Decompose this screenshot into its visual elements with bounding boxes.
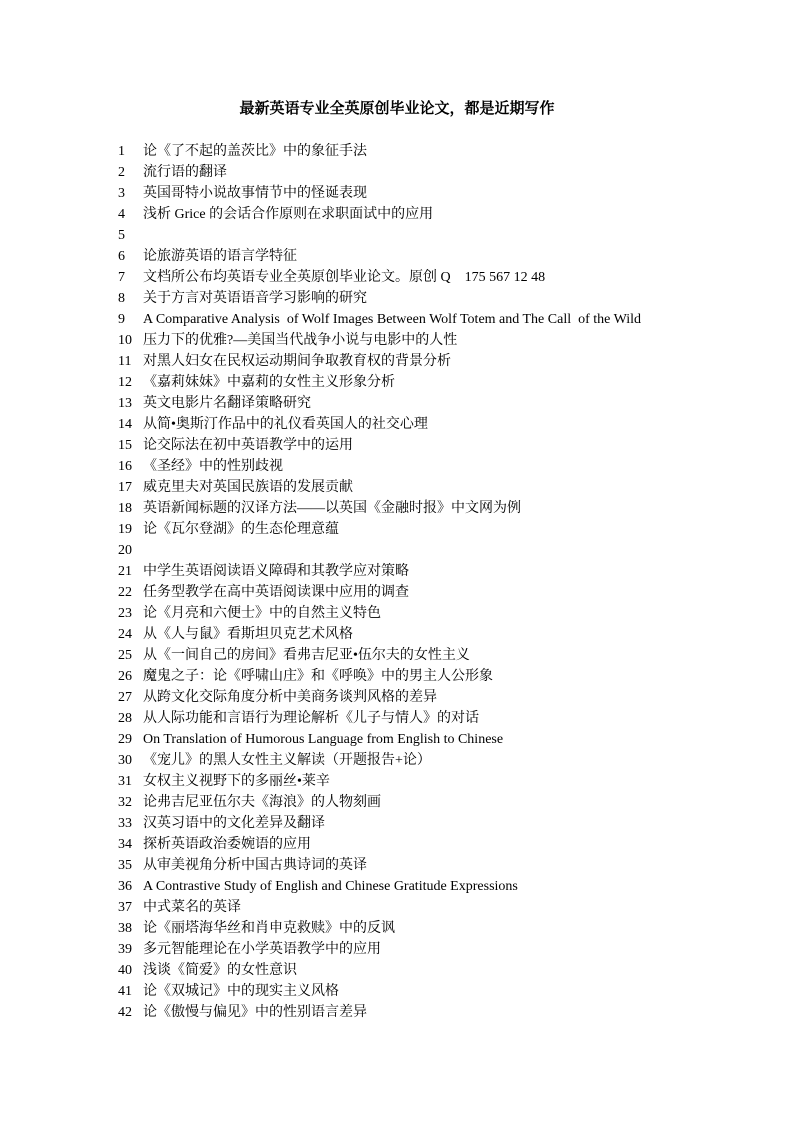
list-item: 12《嘉莉妹妹》中嘉莉的女性主义形象分析 xyxy=(0,372,794,393)
list-item: 17威克里夫对英国民族语的发展贡献 xyxy=(0,477,794,498)
item-text: 对黑人妇女在民权运动期间争取教育权的背景分析 xyxy=(143,351,451,372)
list-item: 31女权主义视野下的多丽丝•莱辛 xyxy=(0,771,794,792)
item-number: 16 xyxy=(118,456,143,477)
item-number: 12 xyxy=(118,372,143,393)
item-text: 论《了不起的盖茨比》中的象征手法 xyxy=(143,141,367,162)
item-text: 英国哥特小说故事情节中的怪诞表现 xyxy=(143,183,367,204)
list-item: 26魔鬼之子：论《呼啸山庄》和《呼唤》中的男主人公形象 xyxy=(0,666,794,687)
list-item: 5 xyxy=(0,225,794,246)
list-item: 28从人际功能和言语行为理论解析《儿子与情人》的对话 xyxy=(0,708,794,729)
item-number: 22 xyxy=(118,582,143,603)
item-text: 《圣经》中的性别歧视 xyxy=(143,456,283,477)
item-text: 论《傲慢与偏见》中的性别语言差异 xyxy=(143,1002,367,1023)
item-number: 20 xyxy=(118,540,143,561)
item-number: 15 xyxy=(118,435,143,456)
item-text: 中学生英语阅读语义障碍和其教学应对策略 xyxy=(143,561,409,582)
item-text: 汉英习语中的文化差异及翻译 xyxy=(143,813,325,834)
list-item: 1论《了不起的盖茨比》中的象征手法 xyxy=(0,141,794,162)
list-item: 33汉英习语中的文化差异及翻译 xyxy=(0,813,794,834)
list-item: 7文档所公布均英语专业全英原创毕业论文。原创 Q 175 567 12 48 xyxy=(0,267,794,288)
item-number: 5 xyxy=(118,225,143,246)
item-number: 18 xyxy=(118,498,143,519)
page-title: 最新英语专业全英原创毕业论文，都是近期写作 xyxy=(0,100,794,118)
item-number: 40 xyxy=(118,960,143,981)
item-number: 21 xyxy=(118,561,143,582)
item-number: 7 xyxy=(118,267,143,288)
item-text: 从《一间自己的房间》看弗吉尼亚•伍尔夫的女性主义 xyxy=(143,645,470,666)
list-item: 19论《瓦尔登湖》的生态伦理意蕴 xyxy=(0,519,794,540)
list-item: 32论弗吉尼亚伍尔夫《海浪》的人物刻画 xyxy=(0,792,794,813)
item-number: 38 xyxy=(118,918,143,939)
list-item: 6论旅游英语的语言学特征 xyxy=(0,246,794,267)
list-item: 8关于方言对英语语音学习影响的研究 xyxy=(0,288,794,309)
item-number: 41 xyxy=(118,981,143,1002)
item-number: 37 xyxy=(118,897,143,918)
item-text: On Translation of Humorous Language from… xyxy=(143,729,503,750)
item-text: 威克里夫对英国民族语的发展贡献 xyxy=(143,477,353,498)
document-page: 最新英语专业全英原创毕业论文，都是近期写作 1论《了不起的盖茨比》中的象征手法2… xyxy=(0,0,794,1123)
list-item: 38论《丽塔海华丝和肖申克救赎》中的反讽 xyxy=(0,918,794,939)
list-item: 37中式菜名的英译 xyxy=(0,897,794,918)
item-number: 9 xyxy=(118,309,143,330)
item-text: 压力下的优雅?—美国当代战争小说与电影中的人性 xyxy=(143,330,457,351)
item-number: 30 xyxy=(118,750,143,771)
list-item: 9A Comparative Analysis of Wolf Images B… xyxy=(0,309,794,330)
list-item: 27从跨文化交际角度分析中美商务谈判风格的差异 xyxy=(0,687,794,708)
item-number: 33 xyxy=(118,813,143,834)
item-number: 29 xyxy=(118,729,143,750)
item-number: 6 xyxy=(118,246,143,267)
item-text: 浅谈《简爱》的女性意识 xyxy=(143,960,297,981)
item-text: 多元智能理论在小学英语教学中的应用 xyxy=(143,939,381,960)
list-item: 11对黑人妇女在民权运动期间争取教育权的背景分析 xyxy=(0,351,794,372)
list-item: 34探析英语政治委婉语的应用 xyxy=(0,834,794,855)
item-number: 2 xyxy=(118,162,143,183)
item-number: 17 xyxy=(118,477,143,498)
list-item: 15论交际法在初中英语教学中的运用 xyxy=(0,435,794,456)
list-item: 42论《傲慢与偏见》中的性别语言差异 xyxy=(0,1002,794,1023)
item-number: 34 xyxy=(118,834,143,855)
item-number: 24 xyxy=(118,624,143,645)
list-item: 29On Translation of Humorous Language fr… xyxy=(0,729,794,750)
item-text: A Comparative Analysis of Wolf Images Be… xyxy=(143,309,641,330)
item-text: 关于方言对英语语音学习影响的研究 xyxy=(143,288,367,309)
list-item: 39多元智能理论在小学英语教学中的应用 xyxy=(0,939,794,960)
item-text: A Contrastive Study of English and Chine… xyxy=(143,876,518,897)
item-text: 女权主义视野下的多丽丝•莱辛 xyxy=(143,771,330,792)
item-number: 11 xyxy=(118,351,143,372)
item-number: 36 xyxy=(118,876,143,897)
list-item: 13英文电影片名翻译策略研究 xyxy=(0,393,794,414)
item-text: 论《双城记》中的现实主义风格 xyxy=(143,981,339,1002)
list-item: 40浅谈《简爱》的女性意识 xyxy=(0,960,794,981)
item-text: 论《瓦尔登湖》的生态伦理意蕴 xyxy=(143,519,339,540)
item-text: 论《丽塔海华丝和肖申克救赎》中的反讽 xyxy=(143,918,395,939)
item-text: 魔鬼之子：论《呼啸山庄》和《呼唤》中的男主人公形象 xyxy=(143,666,493,687)
item-text: 从《人与鼠》看斯坦贝克艺术风格 xyxy=(143,624,353,645)
list-item: 36A Contrastive Study of English and Chi… xyxy=(0,876,794,897)
item-number: 3 xyxy=(118,183,143,204)
item-number: 14 xyxy=(118,414,143,435)
list-item: 2流行语的翻译 xyxy=(0,162,794,183)
item-text: 中式菜名的英译 xyxy=(143,897,241,918)
item-number: 39 xyxy=(118,939,143,960)
list-item: 3英国哥特小说故事情节中的怪诞表现 xyxy=(0,183,794,204)
item-number: 32 xyxy=(118,792,143,813)
item-number: 26 xyxy=(118,666,143,687)
list-item: 10压力下的优雅?—美国当代战争小说与电影中的人性 xyxy=(0,330,794,351)
item-number: 35 xyxy=(118,855,143,876)
item-number: 25 xyxy=(118,645,143,666)
item-text: 《嘉莉妹妹》中嘉莉的女性主义形象分析 xyxy=(143,372,395,393)
item-text: 论交际法在初中英语教学中的运用 xyxy=(143,435,353,456)
item-text: 文档所公布均英语专业全英原创毕业论文。原创 Q 175 567 12 48 xyxy=(143,267,545,288)
list-item: 25从《一间自己的房间》看弗吉尼亚•伍尔夫的女性主义 xyxy=(0,645,794,666)
item-text: 流行语的翻译 xyxy=(143,162,227,183)
item-text: 从跨文化交际角度分析中美商务谈判风格的差异 xyxy=(143,687,437,708)
list-item: 21中学生英语阅读语义障碍和其教学应对策略 xyxy=(0,561,794,582)
item-number: 42 xyxy=(118,1002,143,1023)
item-number: 4 xyxy=(118,204,143,225)
list-item: 18英语新闻标题的汉译方法——以英国《金融时报》中文网为例 xyxy=(0,498,794,519)
item-text: 论《月亮和六便士》中的自然主义特色 xyxy=(143,603,381,624)
list-item: 30《宠儿》的黑人女性主义解读（开题报告+论） xyxy=(0,750,794,771)
thesis-list: 1论《了不起的盖茨比》中的象征手法2流行语的翻译3英国哥特小说故事情节中的怪诞表… xyxy=(0,141,794,1023)
item-text: 浅析 Grice 的会话合作原则在求职面试中的应用 xyxy=(143,204,433,225)
item-text: 从人际功能和言语行为理论解析《儿子与情人》的对话 xyxy=(143,708,479,729)
list-item: 20 xyxy=(0,540,794,561)
item-text: 论旅游英语的语言学特征 xyxy=(143,246,297,267)
item-number: 1 xyxy=(118,141,143,162)
list-item: 23论《月亮和六便士》中的自然主义特色 xyxy=(0,603,794,624)
item-text: 英文电影片名翻译策略研究 xyxy=(143,393,311,414)
item-text: 《宠儿》的黑人女性主义解读（开题报告+论） xyxy=(143,750,431,771)
item-number: 19 xyxy=(118,519,143,540)
item-number: 10 xyxy=(118,330,143,351)
item-text: 从审美视角分析中国古典诗词的英译 xyxy=(143,855,367,876)
list-item: 4浅析 Grice 的会话合作原则在求职面试中的应用 xyxy=(0,204,794,225)
item-text: 探析英语政治委婉语的应用 xyxy=(143,834,311,855)
list-item: 24从《人与鼠》看斯坦贝克艺术风格 xyxy=(0,624,794,645)
item-number: 13 xyxy=(118,393,143,414)
item-text: 论弗吉尼亚伍尔夫《海浪》的人物刻画 xyxy=(143,792,381,813)
item-number: 28 xyxy=(118,708,143,729)
item-number: 8 xyxy=(118,288,143,309)
item-number: 27 xyxy=(118,687,143,708)
item-text: 英语新闻标题的汉译方法——以英国《金融时报》中文网为例 xyxy=(143,498,521,519)
list-item: 35从审美视角分析中国古典诗词的英译 xyxy=(0,855,794,876)
list-item: 14从简•奥斯汀作品中的礼仪看英国人的社交心理 xyxy=(0,414,794,435)
list-item: 22任务型教学在高中英语阅读课中应用的调查 xyxy=(0,582,794,603)
item-number: 31 xyxy=(118,771,143,792)
list-item: 16《圣经》中的性别歧视 xyxy=(0,456,794,477)
item-text: 从简•奥斯汀作品中的礼仪看英国人的社交心理 xyxy=(143,414,428,435)
item-text: 任务型教学在高中英语阅读课中应用的调查 xyxy=(143,582,409,603)
item-number: 23 xyxy=(118,603,143,624)
list-item: 41论《双城记》中的现实主义风格 xyxy=(0,981,794,1002)
